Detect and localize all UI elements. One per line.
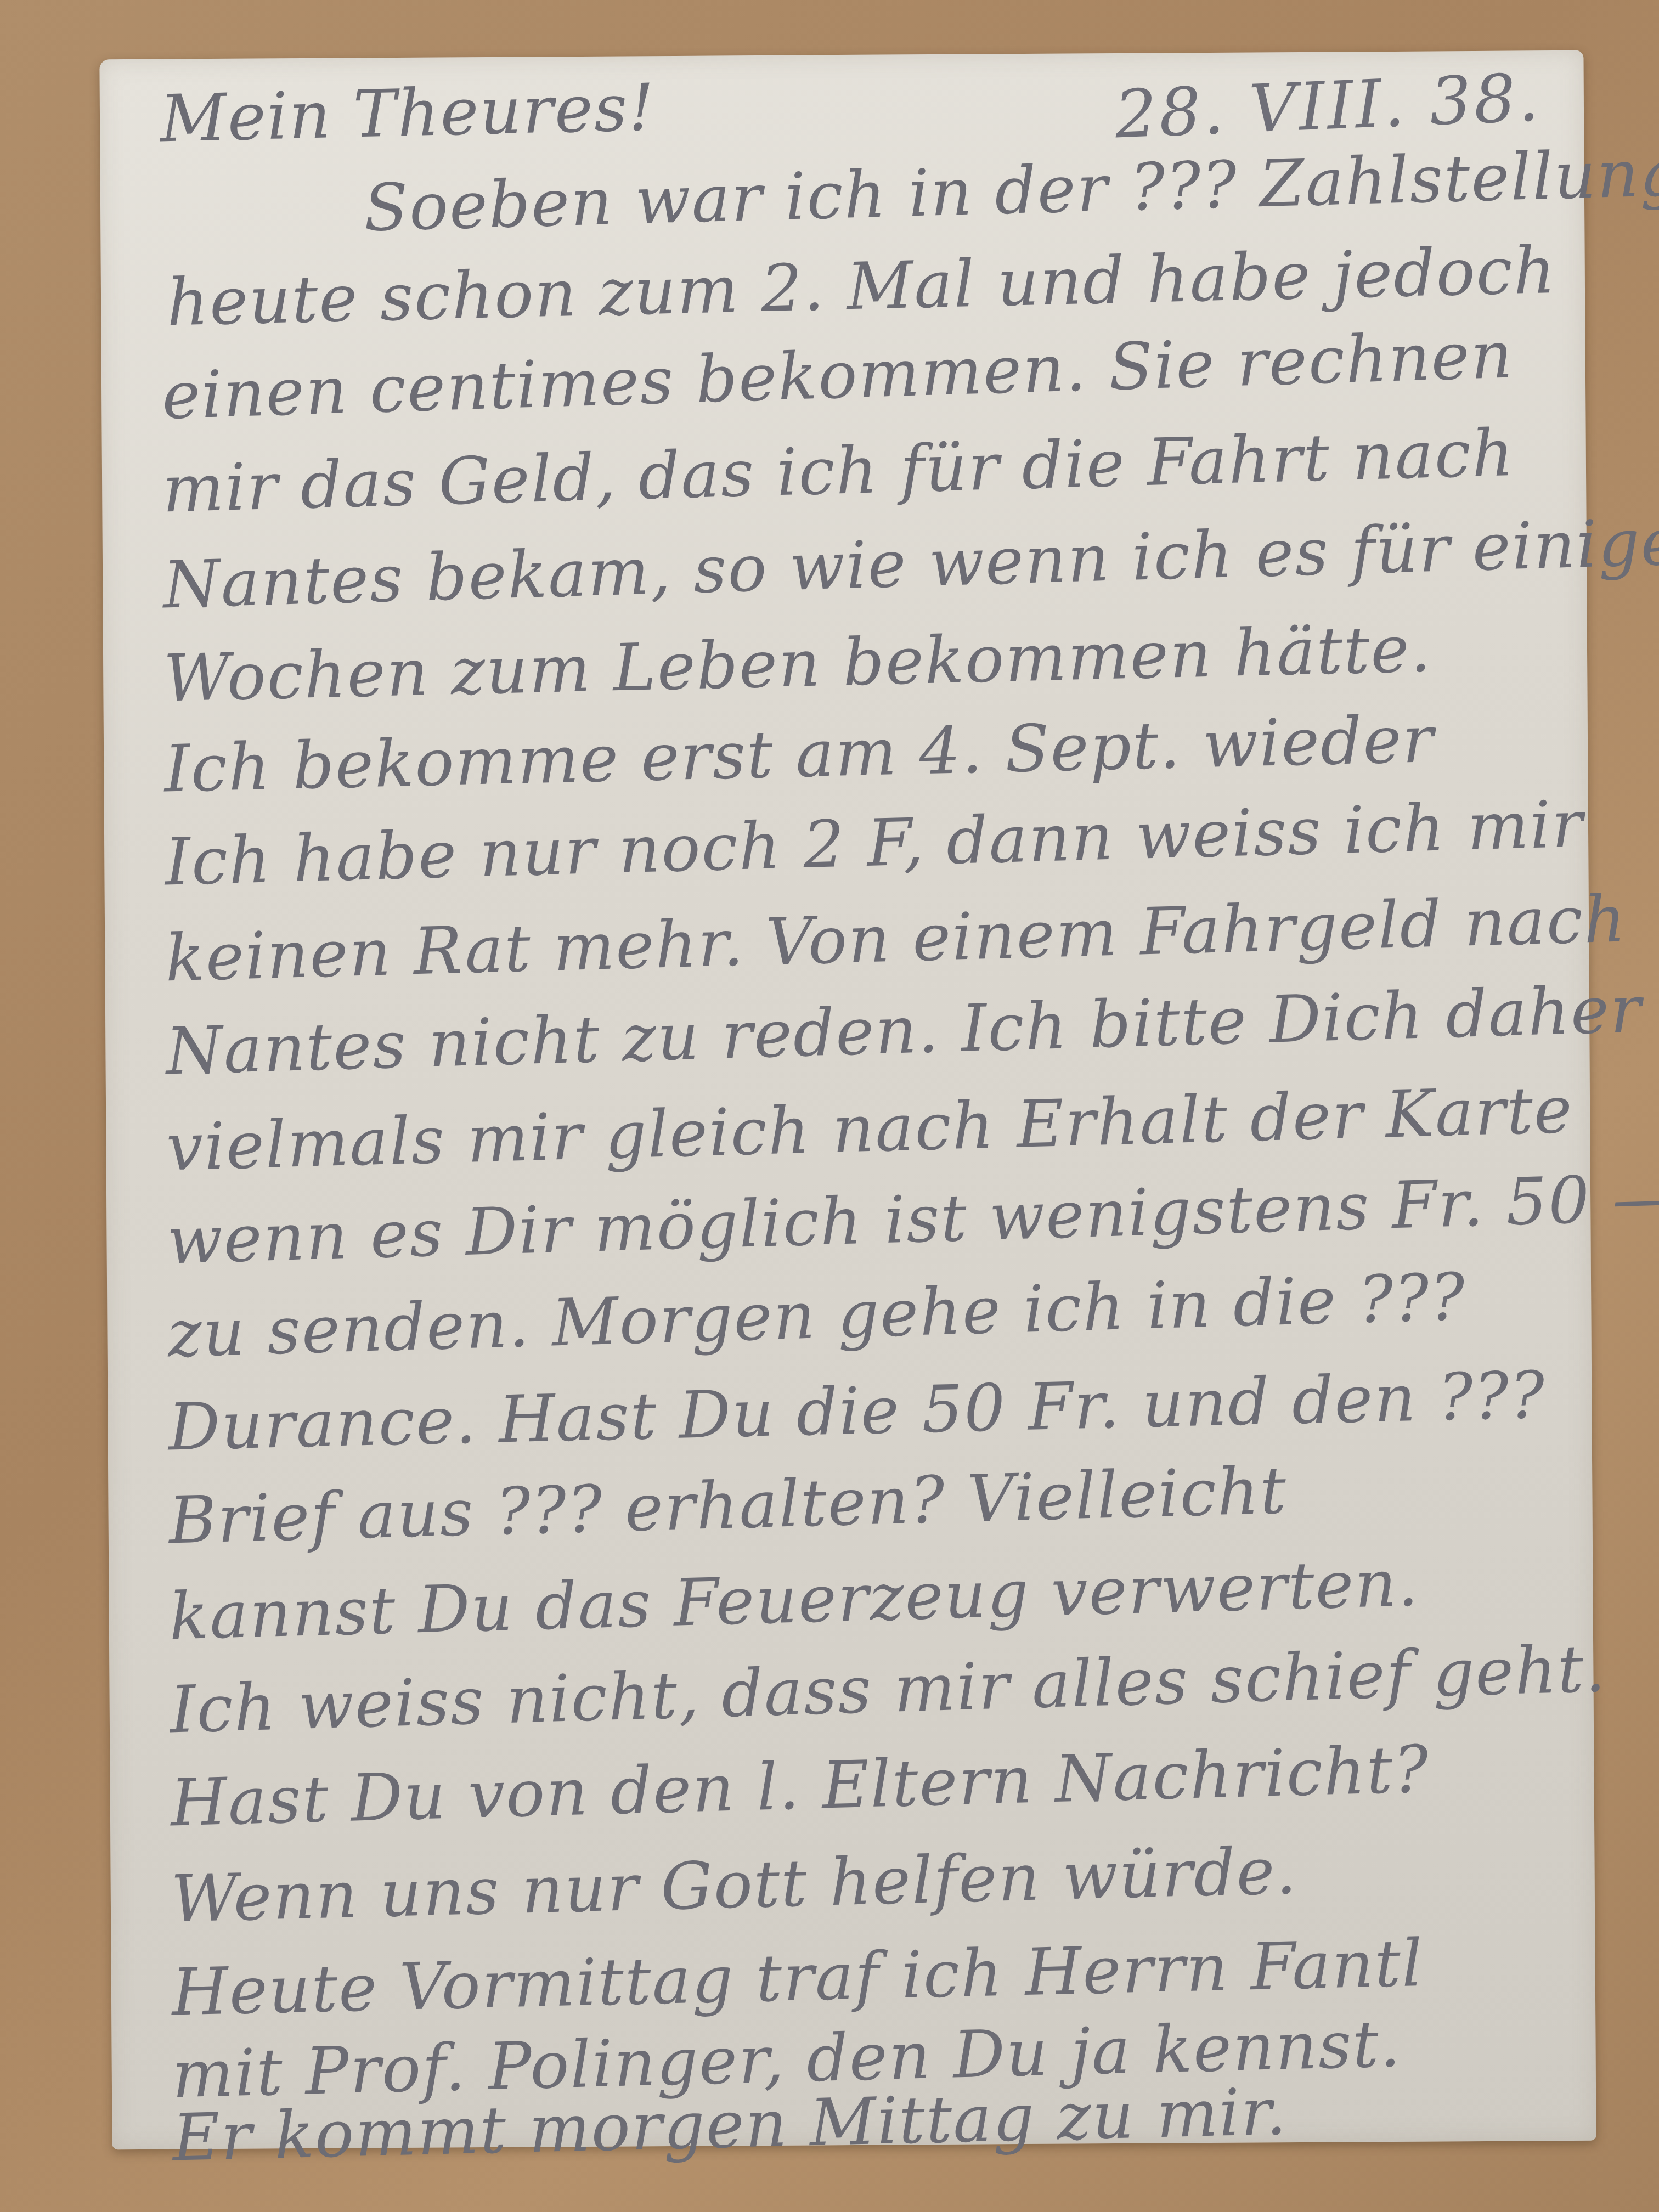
letter-line: Wenn uns nur Gott helfen würde.	[170, 1833, 1298, 1937]
letter-line: zu senden. Morgen gehe ich in die ???	[167, 1259, 1467, 1372]
letter-line: Nantes bekam, so wie wenn ich es für ein…	[162, 504, 1659, 623]
letter-body: Soeben war ich in der ??? Zahlstellung h…	[99, 50, 1583, 60]
postcard: Mein Theures! 28. VIII. 38. Soeben war i…	[99, 50, 1596, 2149]
letter-line: Soeben war ich in der ??? Zahlstellung	[363, 134, 1659, 246]
letter-line: Durance. Hast Du die 50 Fr. und den ???	[167, 1357, 1547, 1465]
letter-date: 28. VIII. 38.	[1113, 60, 1542, 154]
letter-line: Ich habe nur noch 2 F, dann weiss ich mi…	[163, 786, 1584, 900]
letter-line: Wochen zum Leben bekommen hätte.	[163, 611, 1433, 716]
letter-line: Ich bekomme erst am 4. Sept. wieder	[163, 701, 1435, 807]
letter-line: Hast Du von den l. Eltern Nachricht?	[170, 1731, 1430, 1841]
letter-line: kannst Du das Feuerzeug verwerten.	[168, 1545, 1420, 1655]
letter-line: mir das Geld, das ich für die Fahrt nach	[161, 415, 1515, 527]
salutation: Mein Theures!	[159, 69, 656, 156]
letter-line: Brief aus ??? erhalten? Vielleicht	[168, 1452, 1288, 1558]
